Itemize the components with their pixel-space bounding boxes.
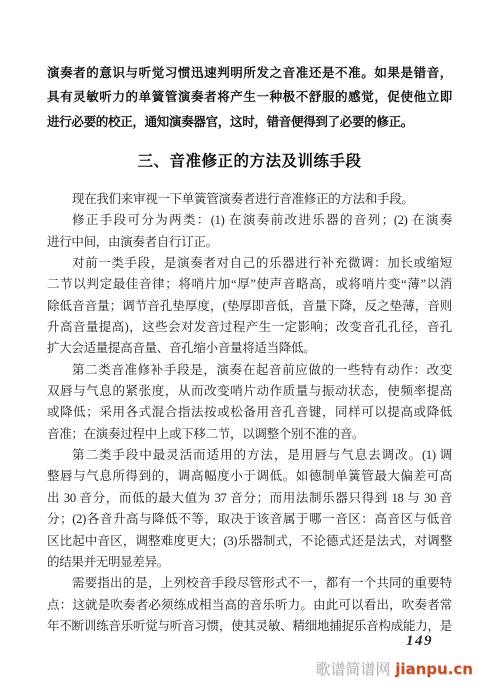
scanned-book-page: 演奏者的意识与听觉习惯迅速判明所发之音准还是不准。如果是错音， 具有灵敏听力的单… (0, 0, 478, 690)
body-text-line: 除低音音量；调节音孔垫厚度，(垫厚即音低，音量下降，反之垫薄，音则 (47, 296, 452, 317)
body-text-line: 点：这就是吹奏者必须练成相当高的音乐听力。由此可以看出，吹奏者常 (47, 595, 452, 616)
intro-paragraph: 演奏者的意识与听觉习惯迅速判明所发之音准还是不准。如果是错音， 具有灵敏听力的单… (47, 61, 452, 134)
body-text: 现在我们来审视一下单簧管演奏者进行音准修正的方法和手段。 修正手段可分为两类：(… (47, 189, 452, 637)
body-text-line: 进行中间，由演奏者自行订正。 (47, 232, 452, 253)
intro-paragraph-line: 进行必要的校正，通知演奏器官，这时，错音便得到了必要的修正。 (47, 110, 452, 134)
body-text-line: 升高音量提高)，这些会对发音过程产生一定影响；改变音孔孔径，音孔 (47, 317, 452, 338)
body-text-line: 音准；在演奏过程中上或下移二节，以调整个别不准的音。 (47, 424, 452, 445)
body-text-line: 对前一类手段，是演奏者对自己的乐器进行补充微调：加长或缩短 (47, 253, 452, 274)
intro-paragraph-line: 演奏者的意识与听觉习惯迅速判明所发之音准还是不准。如果是错音， (47, 61, 452, 85)
intro-paragraph-line: 具有灵敏听力的单簧管演奏者将产生一种极不舒服的感觉，促使他立即 (47, 85, 452, 109)
body-text-line: 或降低；采用各式混合指法按或松备用音孔音键，同样可以提高或降低 (47, 402, 452, 423)
body-text-line: 修正手段可分为两类：(1) 在演奏前改进乐器的音列；(2) 在演奏 (47, 210, 452, 231)
body-text-line: 二节以判定最佳音律；将哨片加“厚”使声音略高，或将哨片变“薄”以消 (47, 274, 452, 295)
body-text-line: 区比起中音区，调整难度更大；(3)乐器制式，不论德式还是法式，对调整 (47, 531, 452, 552)
body-text-line: 分；(2)各音升高与降低不等，取决于该音属于哪一音区：高音区与低音 (47, 509, 452, 530)
watermark-site-url: jianpu.cn (395, 660, 473, 678)
watermark-site-name: 歌谱简谱网 (315, 660, 390, 678)
body-text-line: 需要指出的是，上列校音手段尽管形式不一，都有一个共同的重要特 (47, 573, 452, 594)
body-text-line: 的结果并无明显差异。 (47, 552, 452, 573)
body-text-line: 第二类音准修补手段是，演奏在起音前应做的一些特有动作：改变 (47, 360, 452, 381)
body-text-line: 出 30 音分，而低的最大值为 37 音分；而用法制乐器只得到 18 与 30 … (47, 488, 452, 509)
body-text-line: 年不断训练音乐听觉与听音习惯，使其灵敏、精细地捕捉乐音构成能力，是 (47, 616, 452, 637)
watermark: 歌谱简谱网 jianpu.cn (315, 658, 473, 679)
body-text-line: 现在我们来审视一下单簧管演奏者进行音准修正的方法和手段。 (47, 189, 452, 210)
body-text-line: 双唇与气息的紧张度，从而改变哨片动作质量与振动状态，使频率提高 (47, 381, 452, 402)
section-heading: 三、音准修正的方法及训练手段 (47, 149, 452, 171)
page-number: 149 (406, 633, 433, 650)
body-text-line: 第二类手段中最灵活而适用的方法，是用唇与气息去调改。(1) 调 (47, 445, 452, 466)
body-text-line: 整唇与气息所得到的，调高幅度小于调低。如德制单簧管最大偏差可高 (47, 466, 452, 487)
body-text-line: 扩大会适量提高音量、音孔缩小音量将适当降低。 (47, 338, 452, 359)
